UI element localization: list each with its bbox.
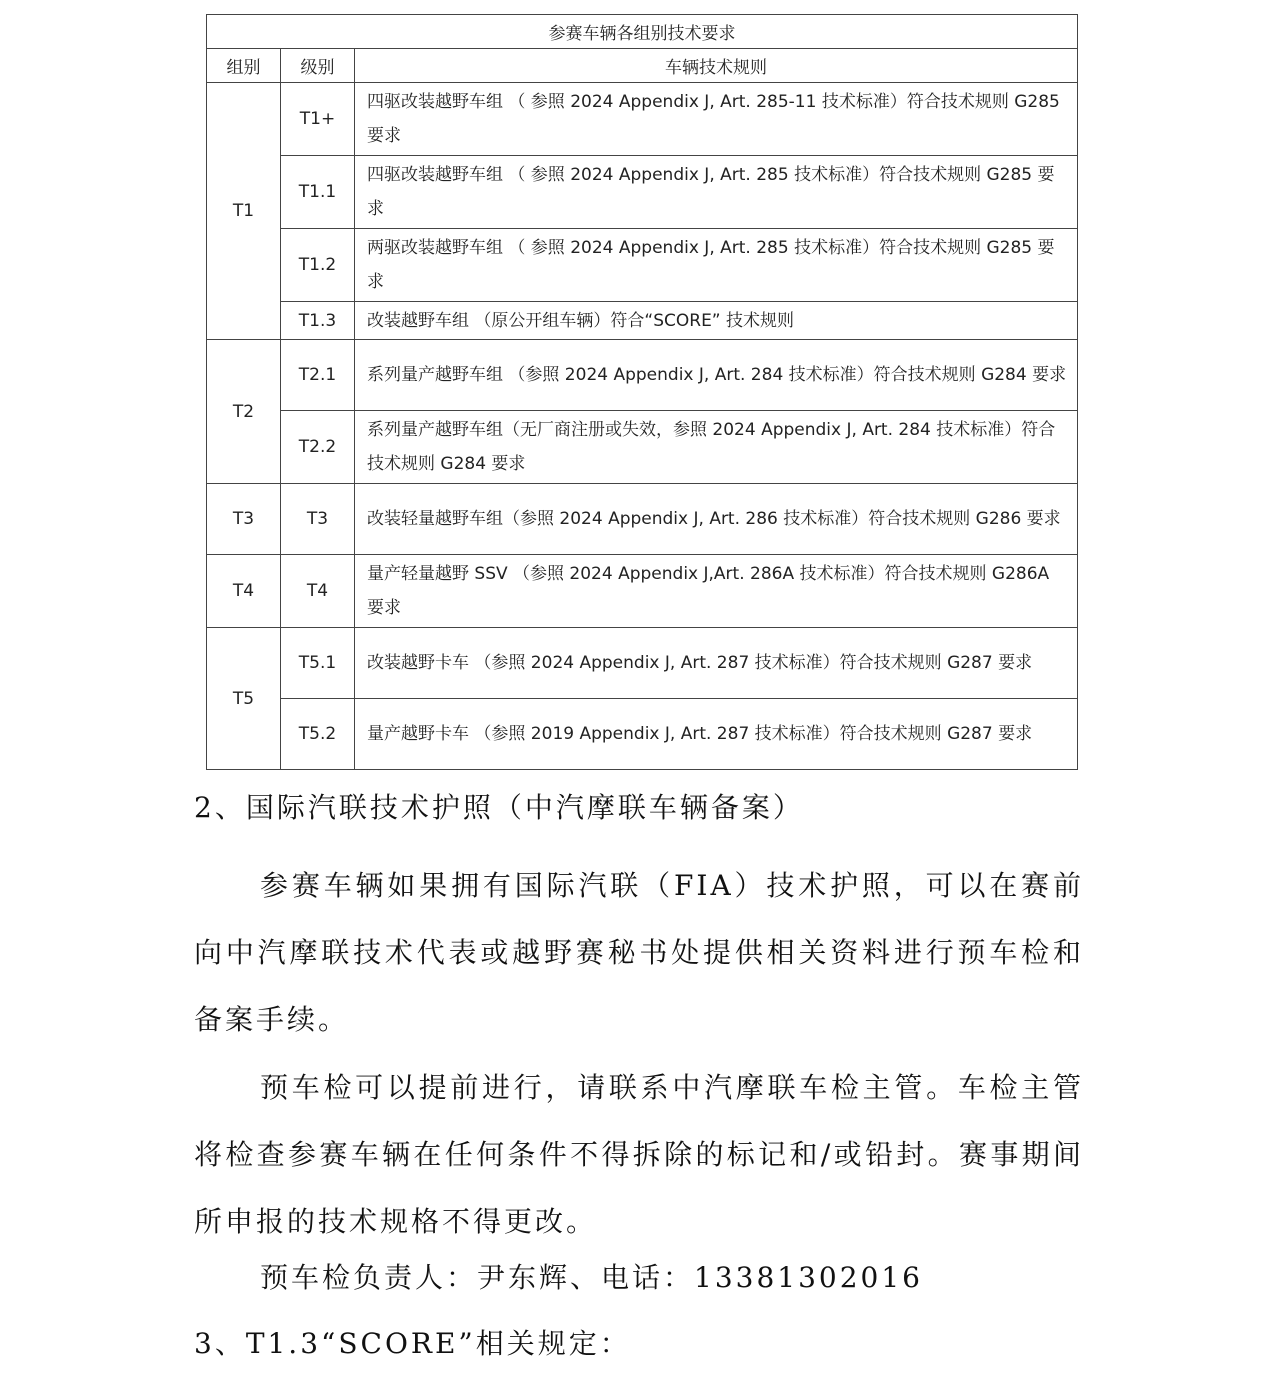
- rule-cell: 改装越野车组 （原公开组车辆）符合“SCORE” 技术规则: [355, 302, 1078, 340]
- header-class: 级别: [281, 49, 355, 83]
- class-cell: T1.1: [281, 156, 355, 229]
- class-cell: T3: [281, 484, 355, 555]
- rule-cell: 四驱改装越野车组 （ 参照 2024 Appendix J, Art. 285-…: [355, 83, 1078, 156]
- table-row: T1.1 四驱改装越野车组 （ 参照 2024 Appendix J, Art.…: [207, 156, 1078, 229]
- table-row: T1.3 改装越野车组 （原公开组车辆）符合“SCORE” 技术规则: [207, 302, 1078, 340]
- class-cell: T4: [281, 555, 355, 628]
- table-row: T5.2 量产越野卡车 （参照 2019 Appendix J, Art. 28…: [207, 699, 1078, 770]
- class-cell: T5.1: [281, 628, 355, 699]
- table-row: T3 T3 改装轻量越野车组（参照 2024 Appendix J, Art. …: [207, 484, 1078, 555]
- table-row: T5 T5.1 改装越野卡车 （参照 2024 Appendix J, Art.…: [207, 628, 1078, 699]
- group-cell-t2: T2: [207, 340, 281, 484]
- group-cell-t4: T4: [207, 555, 281, 628]
- group-cell-t1: T1: [207, 83, 281, 340]
- rule-cell: 量产轻量越野 SSV （参照 2024 Appendix J,Art. 286A…: [355, 555, 1078, 628]
- rule-cell: 两驱改装越野车组 （ 参照 2024 Appendix J, Art. 285 …: [355, 229, 1078, 302]
- section-2-paragraph-pre-inspection: 预车检可以提前进行，请联系中汽摩联车检主管。车检主管将检查参赛车辆在任何条件不得…: [194, 1054, 1084, 1255]
- table-row: T1 T1+ 四驱改装越野车组 （ 参照 2024 Appendix J, Ar…: [207, 83, 1078, 156]
- rule-cell: 改装轻量越野车组（参照 2024 Appendix J, Art. 286 技术…: [355, 484, 1078, 555]
- section-3-heading: 3、T1.3“SCORE”相关规定：: [194, 1322, 1084, 1366]
- table-row: T2.2 系列量产越野车组（无厂商注册或失效，参照 2024 Appendix …: [207, 411, 1078, 484]
- rule-cell: 四驱改装越野车组 （ 参照 2024 Appendix J, Art. 285 …: [355, 156, 1078, 229]
- group-cell-t3: T3: [207, 484, 281, 555]
- rule-cell: 改装越野卡车 （参照 2024 Appendix J, Art. 287 技术标…: [355, 628, 1078, 699]
- header-group: 组别: [207, 49, 281, 83]
- class-cell: T1+: [281, 83, 355, 156]
- rule-cell: 系列量产越野车组（无厂商注册或失效，参照 2024 Appendix J, Ar…: [355, 411, 1078, 484]
- class-cell: T2.2: [281, 411, 355, 484]
- section-2-paragraph-fia-passport: 参赛车辆如果拥有国际汽联（FIA）技术护照，可以在赛前向中汽摩联技术代表或越野赛…: [194, 852, 1084, 1053]
- section-2-heading: 2、国际汽联技术护照（中汽摩联车辆备案）: [194, 786, 1084, 830]
- vehicle-tech-requirements-table: 参赛车辆各组别技术要求 组别 级别 车辆技术规则 T1 T1+ 四驱改装越野车组…: [206, 14, 1078, 770]
- rule-cell: 量产越野卡车 （参照 2019 Appendix J, Art. 287 技术标…: [355, 699, 1078, 770]
- rule-cell: 系列量产越野车组 （参照 2024 Appendix J, Art. 284 技…: [355, 340, 1078, 411]
- class-cell: T1.2: [281, 229, 355, 302]
- group-cell-t5: T5: [207, 628, 281, 770]
- table-row: T4 T4 量产轻量越野 SSV （参照 2024 Appendix J,Art…: [207, 555, 1078, 628]
- table-row: T1.2 两驱改装越野车组 （ 参照 2024 Appendix J, Art.…: [207, 229, 1078, 302]
- class-cell: T5.2: [281, 699, 355, 770]
- class-cell: T1.3: [281, 302, 355, 340]
- class-cell: T2.1: [281, 340, 355, 411]
- pre-inspection-contact: 预车检负责人：尹东辉、电话：13381302016: [194, 1256, 1150, 1300]
- header-rule: 车辆技术规则: [355, 49, 1078, 83]
- table-row: T2 T2.1 系列量产越野车组 （参照 2024 Appendix J, Ar…: [207, 340, 1078, 411]
- table-title: 参赛车辆各组别技术要求: [207, 15, 1078, 49]
